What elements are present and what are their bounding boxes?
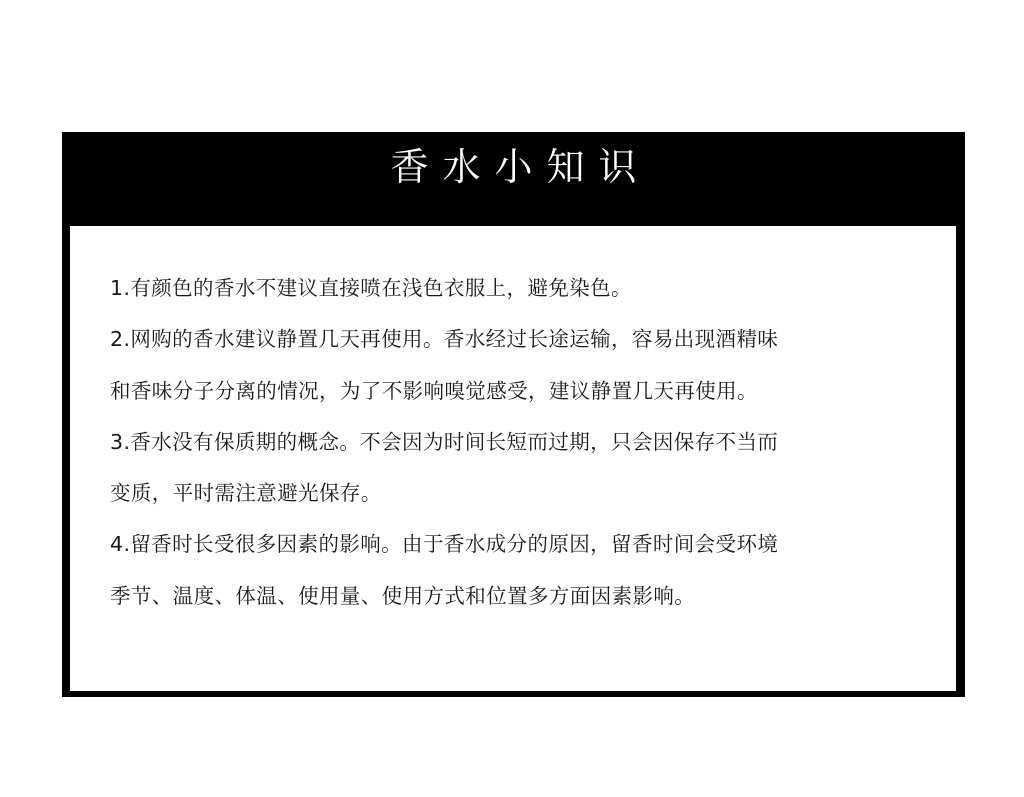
tip-line: 4.留香时长受很多因素的影响。由于香水成分的原因，留香时间会受环境	[110, 528, 920, 579]
tip-line: 变质，平时需注意避光保存。	[110, 477, 920, 528]
tip-item-1: 1.有颜色的香水不建议直接喷在浅色衣服上，避免染色。	[110, 272, 920, 323]
tip-item-2: 2.网购的香水建议静置几天再使用。香水经过长途运输，容易出现酒精味 和香味分子分…	[110, 323, 920, 426]
perfume-tips-card: 香水小知识 1.有颜色的香水不建议直接喷在浅色衣服上，避免染色。 2.网购的香水…	[62, 132, 965, 697]
tip-line: 3.香水没有保质期的概念。不会因为时间长短而过期，只会因保存不当而	[110, 426, 920, 477]
tips-list: 1.有颜色的香水不建议直接喷在浅色衣服上，避免染色。 2.网购的香水建议静置几天…	[110, 272, 920, 631]
page-title: 香水小知识	[390, 148, 650, 186]
tip-item-3: 3.香水没有保质期的概念。不会因为时间长短而过期，只会因保存不当而 变质，平时需…	[110, 426, 920, 529]
tip-line: 和香味分子分离的情况，为了不影响嗅觉感受，建议静置几天再使用。	[110, 375, 920, 426]
card-header: 香水小知识	[62, 132, 965, 226]
tip-line: 2.网购的香水建议静置几天再使用。香水经过长途运输，容易出现酒精味	[110, 323, 920, 374]
tip-item-4: 4.留香时长受很多因素的影响。由于香水成分的原因，留香时间会受环境 季节、温度、…	[110, 528, 920, 631]
tip-line: 季节、温度、体温、使用量、使用方式和位置多方面因素影响。	[110, 580, 920, 631]
tip-line: 1.有颜色的香水不建议直接喷在浅色衣服上，避免染色。	[110, 272, 920, 323]
card-body: 1.有颜色的香水不建议直接喷在浅色衣服上，避免染色。 2.网购的香水建议静置几天…	[70, 226, 956, 691]
